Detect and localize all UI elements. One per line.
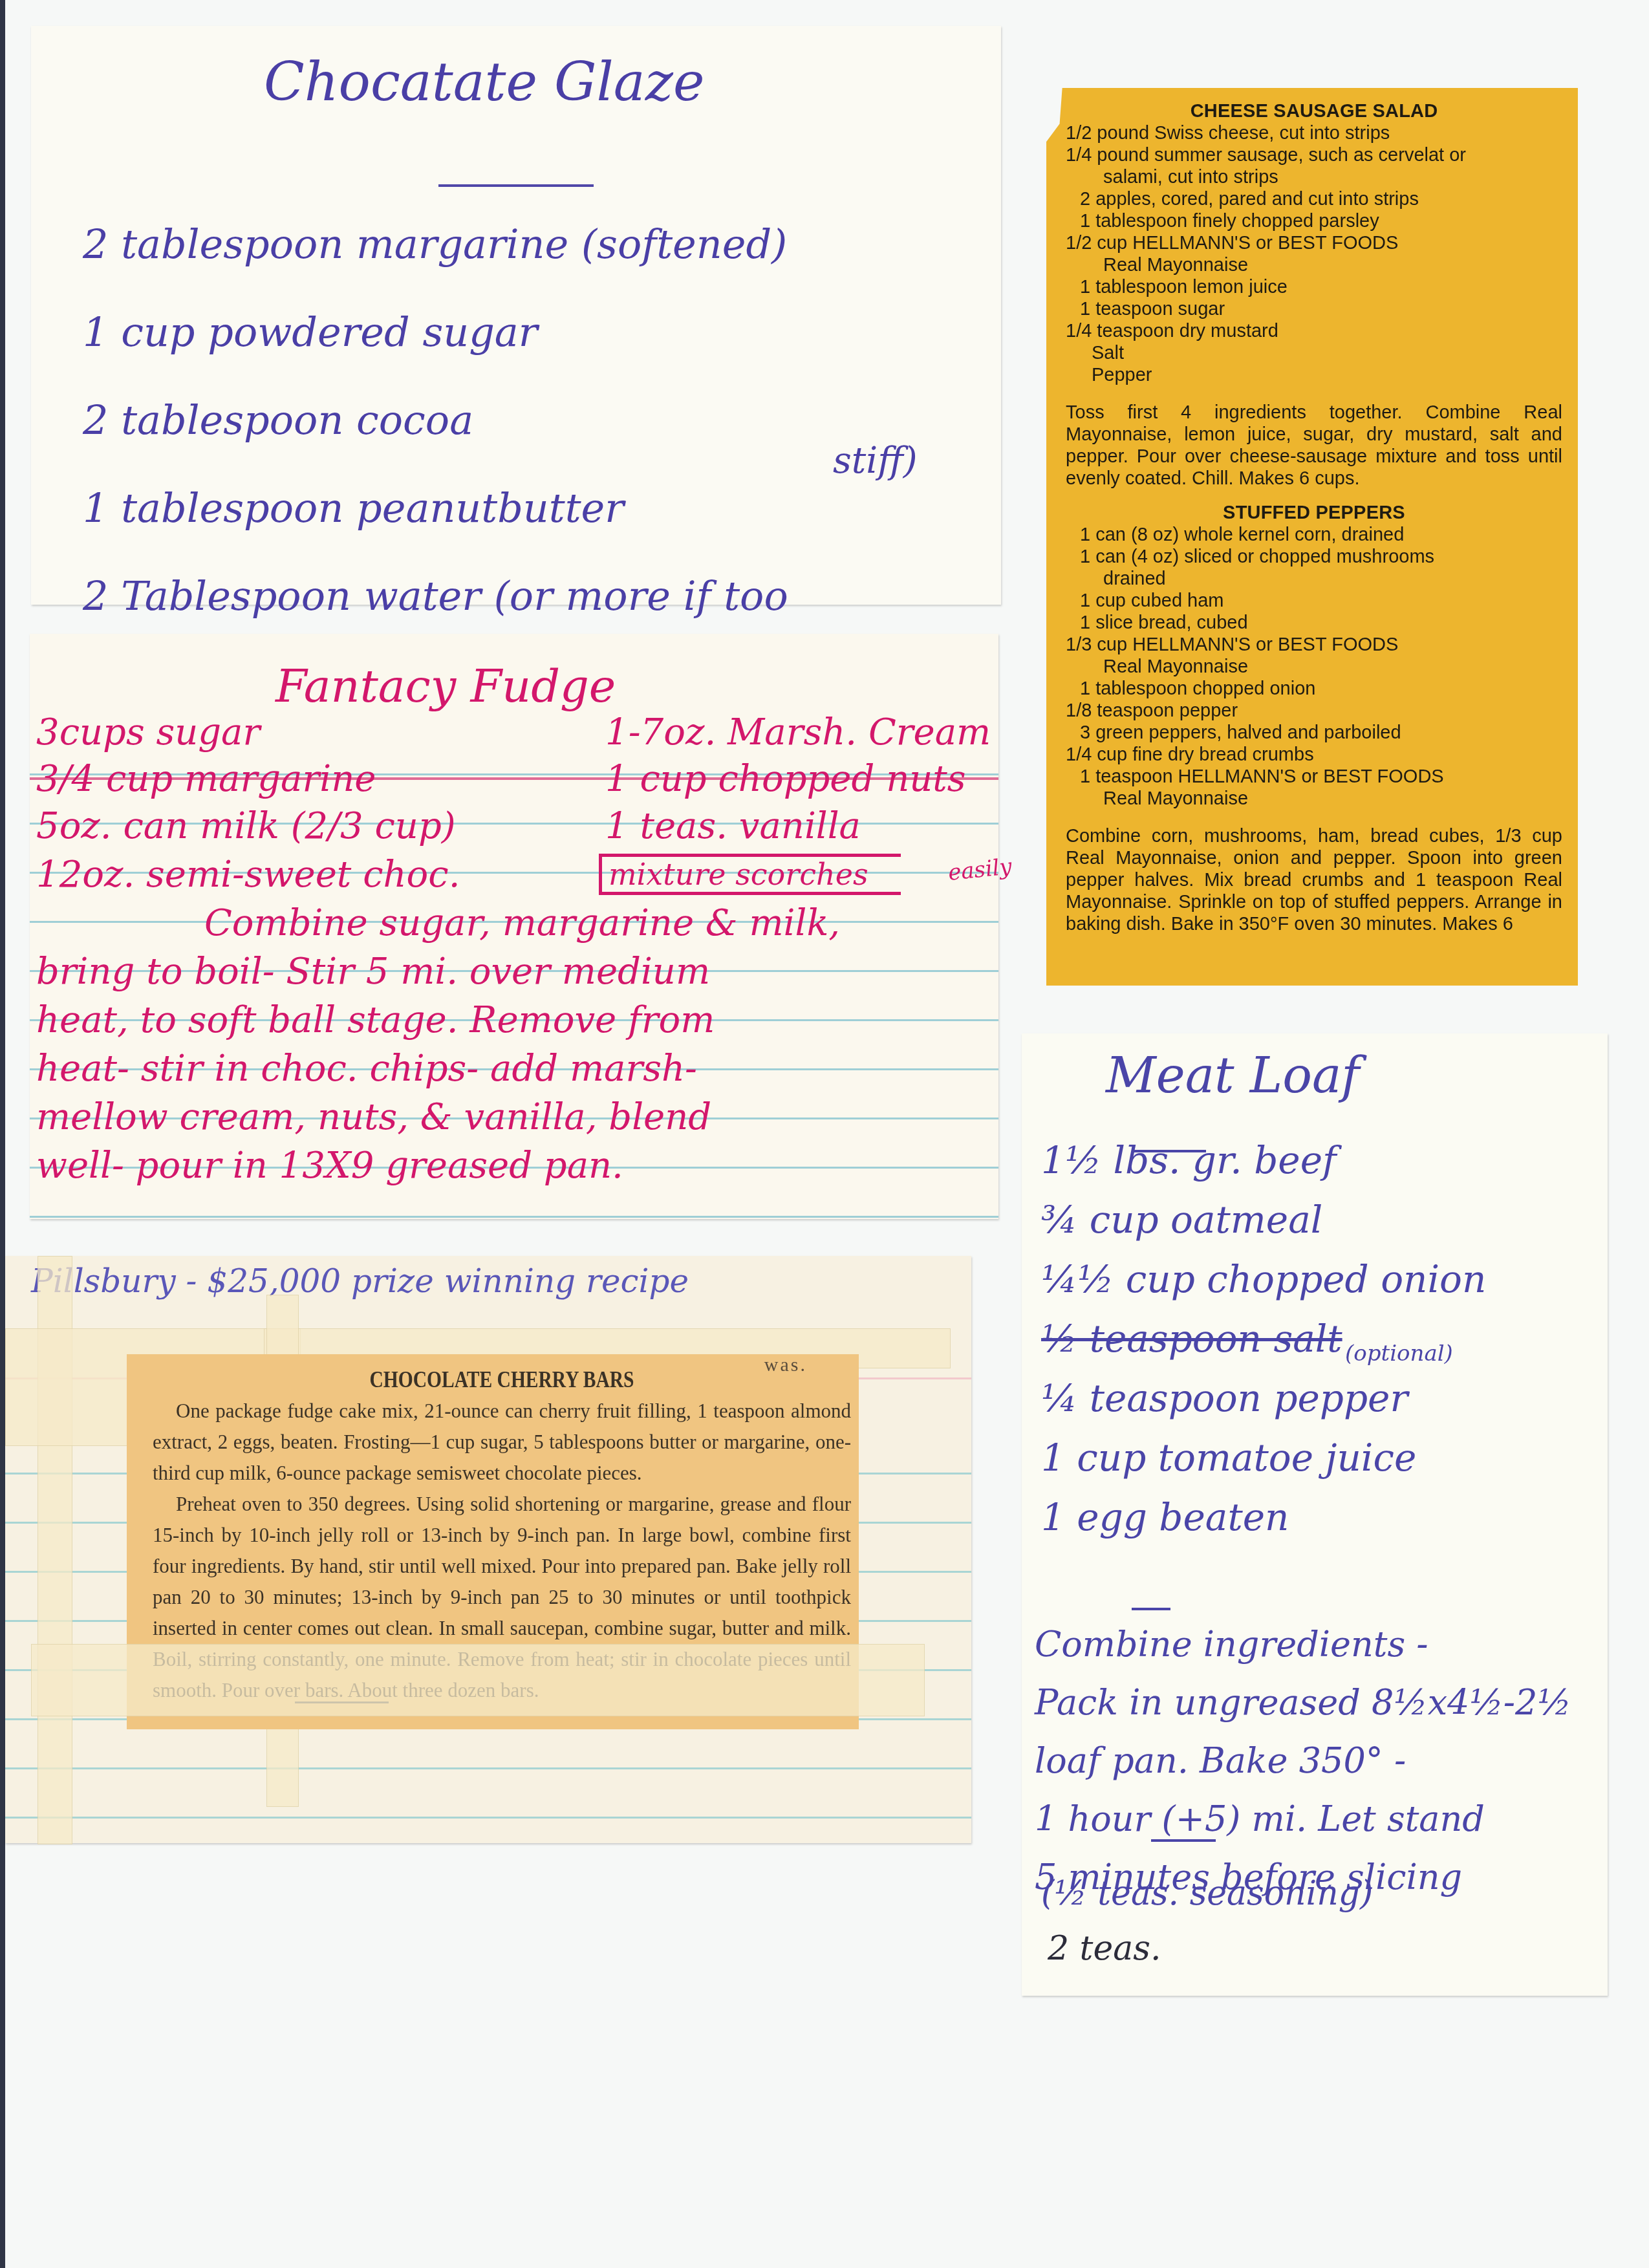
recipe-title: CHEESE SAUSAGE SALAD: [1066, 101, 1562, 122]
direction-line: heat, to soft ball stage. Remove from: [36, 999, 715, 1041]
directions: Toss first 4 ingredients together. Combi…: [1066, 402, 1562, 490]
ingredient: ¾ cup oatmeal: [1041, 1190, 1486, 1249]
ingredient: ¼½ cup chopped onion: [1041, 1249, 1486, 1309]
recipe-card-chocolate-cherry-bars: Pillsbury - $25,000 prize winning recipe…: [5, 1256, 971, 1843]
direction-line: bring to boil- Stir 5 mi. over medium: [36, 951, 710, 993]
ingredient: 1/4 cup fine dry bread crumbs: [1066, 744, 1562, 766]
ingredient-list: 1/2 pound Swiss cheese, cut into strips …: [1066, 122, 1562, 386]
directions: Combine ingredients - Pack in ungreased …: [1035, 1615, 1571, 1906]
divider: [1151, 1839, 1216, 1842]
ingredient: 1/2 cup HELLMANN'S or BEST FOODS: [1066, 232, 1562, 254]
ingredient: Salt: [1066, 342, 1562, 364]
ingredient-list: 2 tablespoon margarine (softened) 1 cup …: [83, 200, 788, 709]
ingredient: 3/4 cup margarine: [36, 758, 376, 800]
ingredient: 1 can (8 oz) whole kernel corn, drained: [1066, 524, 1562, 546]
recipe-card-fantacy-fudge: Fantacy Fudge 3cups sugar 3/4 cup margar…: [30, 634, 998, 1219]
ingredient: Real Mayonnaise: [1066, 788, 1562, 810]
ingredient: 1 teaspoon sugar: [1066, 298, 1562, 320]
ingredient: 1 tablespoon peanutbutter: [83, 464, 788, 552]
ingredient: 1 cup tomatoe juice: [1041, 1428, 1486, 1487]
recipe-card-meat-loaf: Meat Loaf 1½ lbs. gr. beef ¾ cup oatmeal…: [1022, 1033, 1608, 1996]
direction-line: 1 hour (+5) mi. Let stand: [1035, 1790, 1571, 1848]
ingredient: salami, cut into strips: [1066, 166, 1562, 188]
ingredient: 1/8 teaspoon pepper: [1066, 700, 1562, 722]
divider: [1132, 1608, 1170, 1610]
boxed-note-superscript: easily: [947, 854, 1013, 886]
optional-note: (optional): [1345, 1341, 1453, 1366]
direction-line: Pack in ungreased 8½x4½-2½: [1035, 1674, 1571, 1732]
ingredient-continuation: stiff): [833, 440, 918, 482]
ingredient: 1 tablespoon lemon juice: [1066, 276, 1562, 298]
ingredient: 3 green peppers, halved and parboiled: [1066, 722, 1562, 744]
ingredient: 1 egg beaten: [1041, 1487, 1486, 1547]
ingredient: 1/3 cup HELLMANN'S or BEST FOODS: [1066, 634, 1562, 656]
ingredient: 1½ lbs. gr. beef: [1041, 1130, 1486, 1190]
direction-line: loaf pan. Bake 350° -: [1035, 1732, 1571, 1790]
ingredient: 1 tablespoon finely chopped parsley: [1066, 210, 1562, 232]
boxed-note: mixture scorches: [599, 854, 901, 895]
ingredient: 2 apples, cored, pared and cut into stri…: [1066, 188, 1562, 210]
ingredient: 1 cup cubed ham: [1066, 590, 1562, 612]
ingredient: Real Mayonnaise: [1066, 656, 1562, 678]
recipe-title: Chocatate Glaze: [264, 52, 704, 113]
scanner-edge: [0, 0, 5, 2268]
ingredients-paragraph: One package fudge cake mix, 21-ounce can…: [153, 1396, 851, 1489]
direction-line: heat- stir in choc. chips- add marsh-: [36, 1048, 697, 1090]
recipe-title: STUFFED PEPPERS: [1066, 502, 1562, 524]
ingredient: 1/4 teaspoon dry mustard: [1066, 320, 1562, 342]
ingredient: 1 teas. vanilla: [605, 805, 861, 847]
ingredient: 1 tablespoon chopped onion: [1066, 678, 1562, 700]
ingredient: 3cups sugar: [36, 711, 260, 753]
ingredient: 5oz. can milk (2/3 cup): [36, 805, 456, 847]
direction-line: Combine sugar, margarine & milk,: [204, 902, 840, 944]
seasoning-note: (½ teas. seasoning): [1041, 1874, 1373, 1913]
ingredient-list: 1½ lbs. gr. beef ¾ cup oatmeal ¼½ cup ch…: [1041, 1130, 1486, 1547]
ingredient: 1 teaspoon HELLMANN'S or BEST FOODS: [1066, 766, 1562, 788]
directions: Combine corn, mushrooms, ham, bread cube…: [1066, 825, 1562, 935]
recipe-title: CHOCOLATE CHERRY BARS: [215, 1366, 788, 1393]
ingredient-list: 1 can (8 oz) whole kernel corn, drained …: [1066, 524, 1562, 810]
recipe-card-chocolate-glaze: Chocatate Glaze 2 tablespoon margarine (…: [31, 26, 1001, 605]
direction-line: mellow cream, nuts, & vanilla, blend: [36, 1096, 711, 1138]
ingredient: 2 tablespoon cocoa: [83, 376, 788, 464]
ingredient: 1 slice bread, cubed: [1066, 612, 1562, 634]
direction-line: well- pour in 13X9 greased pan.: [36, 1145, 623, 1187]
ingredient: ¼ teaspoon pepper: [1041, 1368, 1486, 1428]
ingredient: Real Mayonnaise: [1066, 254, 1562, 276]
ingredient: 1/4 pound summer sausage, such as cervel…: [1066, 144, 1562, 166]
seasoning-correction: 2 teas.: [1048, 1929, 1161, 1968]
direction-line: Combine ingredients -: [1035, 1615, 1571, 1674]
recipe-title: Meat Loaf: [1106, 1046, 1359, 1104]
ingredient: 1/2 pound Swiss cheese, cut into strips: [1066, 122, 1562, 144]
ingredient: 12oz. semi-sweet choc.: [36, 854, 460, 896]
recipe-card-cheese-sausage-salad: CHEESE SAUSAGE SALAD 1/2 pound Swiss che…: [1046, 88, 1578, 986]
ingredient: 1-7oz. Marsh. Cream: [605, 711, 991, 753]
ingredient: drained: [1066, 568, 1562, 590]
ingredient: 1 can (4 oz) sliced or chopped mushrooms: [1066, 546, 1562, 568]
title-underline: [438, 184, 594, 187]
tape-strip: [31, 1644, 925, 1716]
ingredient: 2 tablespoon margarine (softened): [83, 200, 788, 288]
handwritten-note: Pillsbury - $25,000 prize winning recipe: [31, 1262, 689, 1300]
ingredient: Pepper: [1066, 364, 1562, 386]
ingredient: 1 cup chopped nuts: [605, 758, 966, 800]
ingredient: 1 cup powdered sugar: [83, 288, 788, 376]
recipe-title: Fantacy Fudge: [275, 660, 616, 713]
